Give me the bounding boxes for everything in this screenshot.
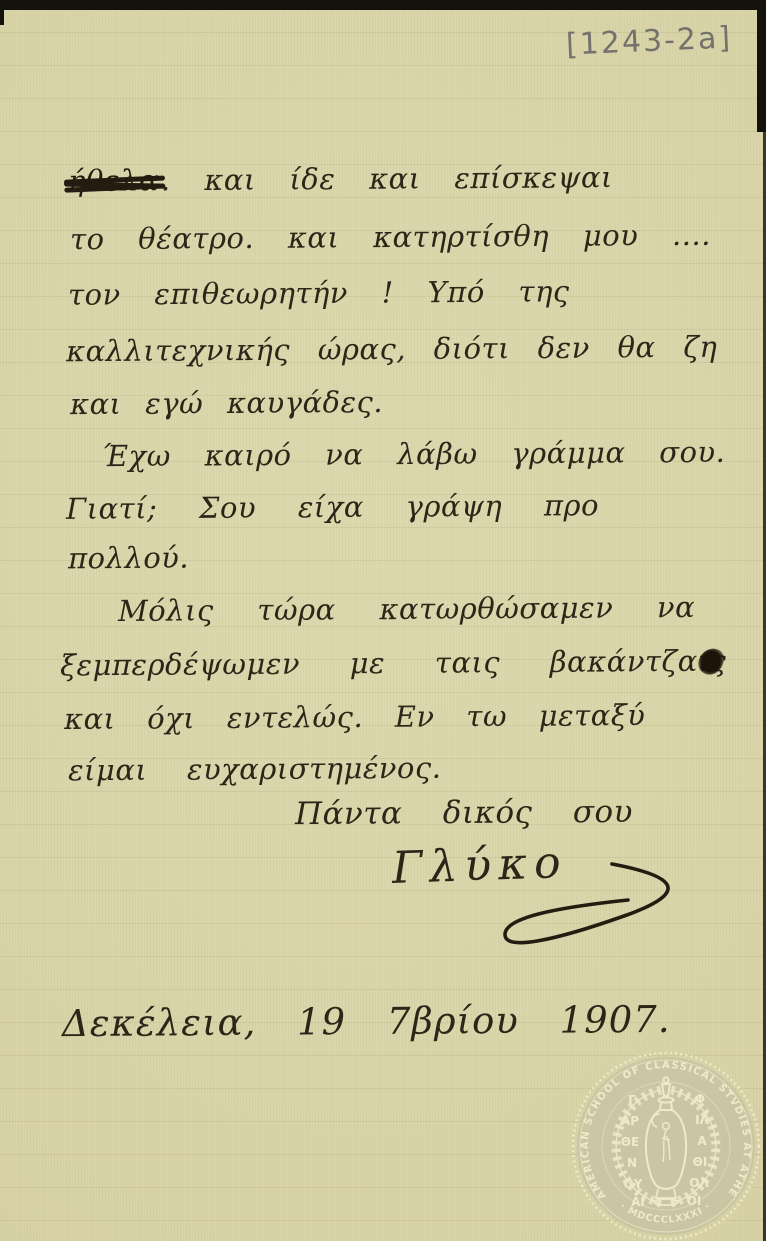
svg-text:ΘΕ: ΘΕ bbox=[621, 1135, 639, 1149]
handwritten-line: Έχω καιρό να λάβω γράμμα σου. bbox=[102, 435, 726, 473]
line-text: . και ίδε και επίσκεψαι bbox=[161, 160, 613, 197]
svg-text:ΟΥ: ΟΥ bbox=[624, 1177, 643, 1191]
archive-reference-number: [1243-2a] bbox=[565, 20, 732, 62]
handwritten-line: και όχι εντελώς. Εν τω μεταξύ bbox=[64, 698, 646, 736]
svg-text:ΘΙ: ΘΙ bbox=[693, 1155, 708, 1169]
dateline: Δεκέλεια, 19 7βρίου 1907. bbox=[62, 998, 671, 1045]
line-text: ξεμπερδέψωμεν με ταις βακάντζαις bbox=[60, 644, 727, 683]
scan-edge-top bbox=[0, 0, 766, 10]
line-text: και όχι εντελώς. Εν τω μεταξύ bbox=[64, 698, 646, 736]
line-text: πολλού. bbox=[68, 541, 189, 576]
line-text: τον επιθεωρητήν ! Υπό της bbox=[68, 274, 570, 312]
line-text: το θέατρο. και κατηρτίσθη μου .... bbox=[70, 218, 711, 256]
handwritten-line: ξεμπερδέψωμεν με ταις βακάντζαις bbox=[60, 644, 727, 683]
line-text: είμαι ευχαριστημένος. bbox=[68, 751, 442, 788]
handwritten-line: καλλιτεχνικής ώρας, διότι δεν θα ζη bbox=[66, 330, 718, 369]
signature-flourish bbox=[380, 838, 710, 968]
svg-text:ΟΛ: ΟΛ bbox=[689, 1176, 709, 1190]
handwritten-line: πολλού. bbox=[68, 541, 189, 576]
struck-out-word: ήθελα bbox=[68, 163, 159, 198]
svg-text:ΙΛ: ΙΛ bbox=[695, 1113, 709, 1127]
svg-text:ΑΡ: ΑΡ bbox=[621, 1114, 639, 1128]
handwritten-line: και εγώ καυγάδες. bbox=[70, 385, 383, 421]
line-text: και εγώ καυγάδες. bbox=[70, 385, 383, 421]
handwritten-line: είμαι ευχαριστημένος. bbox=[68, 751, 442, 788]
closing-salutation: Πάντα δικός σου bbox=[295, 794, 633, 832]
line-text: Μόλις τώρα κατωρθώσαμεν να bbox=[118, 590, 695, 628]
scan-edge-right bbox=[757, 0, 766, 132]
svg-text:ΑΙ: ΑΙ bbox=[631, 1195, 645, 1209]
svg-text:Γ: Γ bbox=[628, 1093, 636, 1107]
line-text: καλλιτεχνικής ώρας, διότι δεν θα ζη bbox=[66, 330, 718, 369]
svg-text:Φ: Φ bbox=[695, 1092, 705, 1106]
handwritten-line: τον επιθεωρητήν ! Υπό της bbox=[68, 274, 570, 312]
svg-text:ΟΙ: ΟΙ bbox=[687, 1194, 702, 1208]
svg-text:Ν: Ν bbox=[627, 1156, 637, 1170]
handwritten-line: ήθελα. και ίδε και επίσκεψαι bbox=[68, 160, 613, 198]
handwritten-line: Μόλις τώρα κατωρθώσαμεν να bbox=[118, 590, 695, 628]
handwritten-line: Γιατί; Σου είχα γράψη προ bbox=[66, 488, 599, 526]
line-text: Έχω καιρό να λάβω γράμμα σου. bbox=[102, 435, 726, 473]
handwritten-line: το θέατρο. και κατηρτίσθη μου .... bbox=[70, 218, 711, 256]
line-text: Γιατί; Σου είχα γράψη προ bbox=[66, 488, 599, 526]
scan-edge-notch bbox=[0, 8, 4, 25]
ascsa-seal-stamp: AMERICAN SCHOOL OF CLASSICAL STVDIES AT … bbox=[566, 1048, 766, 1241]
svg-text:Α: Α bbox=[697, 1134, 707, 1148]
